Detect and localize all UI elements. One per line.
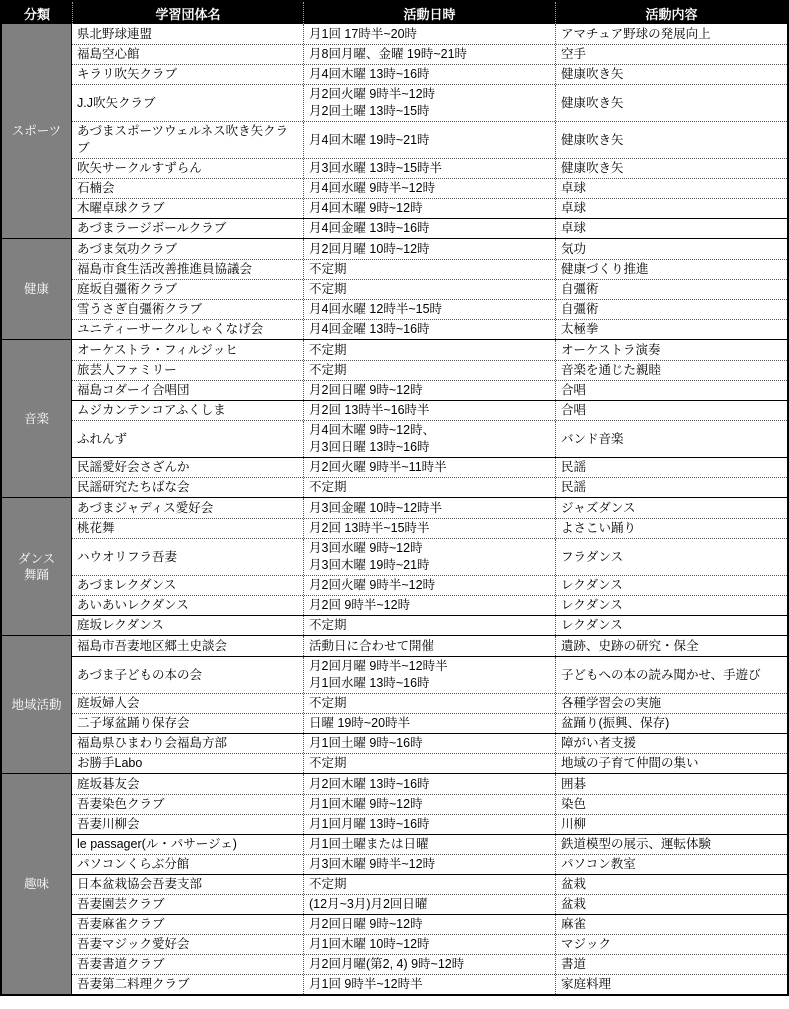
group-name-cell: ユニティーサークルしゃくなげ会	[72, 320, 303, 339]
category-section: 健康あづま気功クラブ月2回月曜 10時~12時気功福島市食生活改善推進員協議会不…	[2, 239, 787, 340]
table-row: 福島市食生活改善推進員協議会不定期健康づくり推進	[72, 259, 787, 279]
table-row: le passager(ル・パサージェ)月1回土曜または日曜鉄道模型の展示、運転…	[72, 834, 787, 854]
group-name-cell: 桃花舞	[72, 519, 303, 538]
group-name-cell: あづまジャディス愛好会	[72, 498, 303, 518]
table-row: ムジカンテンコアふくしま月2回 13時半~16時半合唱	[72, 400, 787, 420]
group-name-cell: お勝手Labo	[72, 754, 303, 773]
activity-cell: 盆栽	[555, 895, 787, 914]
table-row: 福島空心館月8回月曜、金曜 19時~21時空手	[72, 44, 787, 64]
table-row: 吹矢サークルすずらん月3回水曜 13時~15時半健康吹き矢	[72, 158, 787, 178]
section-rows: オーケストラ・フィルジッヒ不定期オーケストラ演奏旅芸人ファミリー不定期音楽を通じ…	[72, 340, 787, 497]
schedule-cell: 月1回土曜 9時~16時	[303, 734, 555, 753]
table-row: ユニティーサークルしゃくなげ会月4回金曜 13時~16時太極拳	[72, 319, 787, 339]
schedule-cell: 月8回月曜、金曜 19時~21時	[303, 45, 555, 64]
activity-cell: 健康づくり推進	[555, 260, 787, 279]
group-name-cell: 吾妻麻雀クラブ	[72, 915, 303, 934]
schedule-cell: 活動日に合わせて開催	[303, 636, 555, 656]
group-name-cell: ふれんず	[72, 421, 303, 457]
group-name-cell: 庭坂レクダンス	[72, 616, 303, 635]
schedule-cell: 月4回木曜 13時~16時	[303, 65, 555, 84]
table-row: 雪うさぎ自彊術クラブ月4回水曜 12時半~15時自彊術	[72, 299, 787, 319]
group-name-cell: 吹矢サークルすずらん	[72, 159, 303, 178]
activity-cell: 自彊術	[555, 280, 787, 299]
activity-cell: 合唱	[555, 381, 787, 400]
table-row: あづま子どもの本の会月2回月曜 9時半~12時半 月1回水曜 13時~16時子ど…	[72, 656, 787, 693]
group-name-cell: 民謡愛好会さざんか	[72, 458, 303, 477]
group-name-cell: あいあいレクダンス	[72, 596, 303, 615]
table-row: 庭坂碁友会月2回木曜 13時~16時囲碁	[72, 774, 787, 794]
group-name-cell: 石楠会	[72, 179, 303, 198]
table-row: あづま気功クラブ月2回月曜 10時~12時気功	[72, 239, 787, 259]
group-name-cell: 吾妻第二料理クラブ	[72, 975, 303, 994]
table-row: 庭坂レクダンス不定期レクダンス	[72, 615, 787, 635]
category-section: 地域活動福島市吾妻地区郷土史談会活動日に合わせて開催遺跡、史跡の研究・保全あづま…	[2, 636, 787, 774]
activity-cell: フラダンス	[555, 539, 787, 575]
activity-cell: レクダンス	[555, 616, 787, 635]
activity-cell: マジック	[555, 935, 787, 954]
table-row: 民謡研究たちばな会不定期民謡	[72, 477, 787, 497]
activity-cell: 地域の子育て仲間の集い	[555, 754, 787, 773]
schedule-cell: 不定期	[303, 361, 555, 380]
group-name-cell: あづま気功クラブ	[72, 239, 303, 259]
schedule-cell: 月1回木曜 9時~12時	[303, 795, 555, 814]
table-row: 二子塚盆踊り保存会日曜 19時~20時半盆踊り(振興、保存)	[72, 713, 787, 733]
table-row: 福島県ひまわり会福島方部月1回土曜 9時~16時障がい者支援	[72, 733, 787, 753]
schedule-cell: 月1回月曜 13時~16時	[303, 815, 555, 834]
activity-cell: よさこい踊り	[555, 519, 787, 538]
schedule-cell: 月4回金曜 13時~16時	[303, 219, 555, 238]
schedule-cell: 月4回木曜 9時~12時、 月3回日曜 13時~16時	[303, 421, 555, 457]
group-name-cell: J.J吹矢クラブ	[72, 85, 303, 121]
schedule-cell: 月2回月曜 9時半~12時半 月1回水曜 13時~16時	[303, 657, 555, 693]
section-rows: 庭坂碁友会月2回木曜 13時~16時囲碁吾妻染色クラブ月1回木曜 9時~12時染…	[72, 774, 787, 994]
activity-cell: パソコン教室	[555, 855, 787, 874]
schedule-cell: 月2回日曜 9時~12時	[303, 915, 555, 934]
category-cell: ダンス 舞踊	[2, 498, 72, 635]
table-row: 吾妻書道クラブ月2回月曜(第2, 4) 9時~12時書道	[72, 954, 787, 974]
group-name-cell: 吾妻マジック愛好会	[72, 935, 303, 954]
activity-cell: 家庭料理	[555, 975, 787, 994]
group-name-cell: 福島空心館	[72, 45, 303, 64]
table-row: あいあいレクダンス月2回 9時半~12時レクダンス	[72, 595, 787, 615]
header-cell-category: 分類	[2, 2, 72, 24]
group-name-cell: キラリ吹矢クラブ	[72, 65, 303, 84]
schedule-cell: 不定期	[303, 616, 555, 635]
activity-cell: 鉄道模型の展示、運転体験	[555, 835, 787, 854]
table-row: 吾妻染色クラブ月1回木曜 9時~12時染色	[72, 794, 787, 814]
activity-cell: 卓球	[555, 179, 787, 198]
activity-cell: 空手	[555, 45, 787, 64]
group-name-cell: 庭坂自彊術クラブ	[72, 280, 303, 299]
group-name-cell: あづまラージボールクラブ	[72, 219, 303, 238]
table-row: あづまレクダンス月2回火曜 9時半~12時レクダンス	[72, 575, 787, 595]
schedule-cell: 月2回 9時半~12時	[303, 596, 555, 615]
activity-cell: 囲碁	[555, 774, 787, 794]
table-row: あづまスポーツウェルネス吹き矢クラブ月4回木曜 19時~21時健康吹き矢	[72, 121, 787, 158]
activity-cell: 遺跡、史跡の研究・保全	[555, 636, 787, 656]
group-name-cell: 庭坂婦人会	[72, 694, 303, 713]
group-name-cell: le passager(ル・パサージェ)	[72, 835, 303, 854]
table-row: 県北野球連盟月1回 17時半~20時アマチュア野球の発展向上	[72, 24, 787, 44]
group-name-cell: 庭坂碁友会	[72, 774, 303, 794]
group-name-cell: 吾妻書道クラブ	[72, 955, 303, 974]
table-row: 吾妻川柳会月1回月曜 13時~16時川柳	[72, 814, 787, 834]
group-name-cell: ムジカンテンコアふくしま	[72, 401, 303, 420]
activity-cell: 気功	[555, 239, 787, 259]
header-cell-schedule: 活動日時	[303, 2, 555, 24]
activity-cell: 卓球	[555, 219, 787, 238]
activity-cell: アマチュア野球の発展向上	[555, 24, 787, 44]
activity-cell: 卓球	[555, 199, 787, 218]
activity-groups-table: 分類 学習団体名 活動日時 活動内容 スポーツ県北野球連盟月1回 17時半~20…	[0, 0, 789, 996]
header-cell-activity: 活動内容	[555, 2, 787, 24]
schedule-cell: 月4回金曜 13時~16時	[303, 320, 555, 339]
table-row: 吾妻麻雀クラブ月2回日曜 9時~12時麻雀	[72, 914, 787, 934]
schedule-cell: 月2回日曜 9時~12時	[303, 381, 555, 400]
activity-cell: オーケストラ演奏	[555, 340, 787, 360]
category-section: スポーツ県北野球連盟月1回 17時半~20時アマチュア野球の発展向上福島空心館月…	[2, 24, 787, 239]
table-row: 民謡愛好会さざんか月2回火曜 9時半~11時半民謡	[72, 457, 787, 477]
category-section: 音楽オーケストラ・フィルジッヒ不定期オーケストラ演奏旅芸人ファミリー不定期音楽を…	[2, 340, 787, 498]
schedule-cell: 月1回 9時半~12時半	[303, 975, 555, 994]
group-name-cell: 旅芸人ファミリー	[72, 361, 303, 380]
schedule-cell: 月2回月曜 10時~12時	[303, 239, 555, 259]
table-row: あづまジャディス愛好会月3回金曜 10時~12時半ジャズダンス	[72, 498, 787, 518]
schedule-cell: 不定期	[303, 754, 555, 773]
schedule-cell: 月2回 13時半~16時半	[303, 401, 555, 420]
table-row: 桃花舞月2回 13時半~15時半よさこい踊り	[72, 518, 787, 538]
activity-cell: 盆踊り(振興、保存)	[555, 714, 787, 733]
group-name-cell: 吾妻川柳会	[72, 815, 303, 834]
activity-cell: 自彊術	[555, 300, 787, 319]
activity-cell: 各種学習会の実施	[555, 694, 787, 713]
activity-cell: 障がい者支援	[555, 734, 787, 753]
table-row: オーケストラ・フィルジッヒ不定期オーケストラ演奏	[72, 340, 787, 360]
schedule-cell: 月3回木曜 9時半~12時	[303, 855, 555, 874]
group-name-cell: パソコンくらぶ分館	[72, 855, 303, 874]
table-row: パソコンくらぶ分館月3回木曜 9時半~12時パソコン教室	[72, 854, 787, 874]
category-cell: 音楽	[2, 340, 72, 497]
schedule-cell: 不定期	[303, 260, 555, 279]
schedule-cell: 不定期	[303, 478, 555, 497]
activity-cell: 盆栽	[555, 875, 787, 894]
category-cell: 趣味	[2, 774, 72, 994]
category-cell: スポーツ	[2, 24, 72, 238]
activity-cell: 健康吹き矢	[555, 85, 787, 121]
schedule-cell: (12月~3月)月2回日曜	[303, 895, 555, 914]
section-rows: 福島市吾妻地区郷土史談会活動日に合わせて開催遺跡、史跡の研究・保全あづま子どもの…	[72, 636, 787, 773]
group-name-cell: あづま子どもの本の会	[72, 657, 303, 693]
activity-cell: 健康吹き矢	[555, 122, 787, 158]
activity-cell: 民謡	[555, 478, 787, 497]
category-cell: 地域活動	[2, 636, 72, 773]
table-body: スポーツ県北野球連盟月1回 17時半~20時アマチュア野球の発展向上福島空心館月…	[2, 24, 787, 994]
group-name-cell: 吾妻園芸クラブ	[72, 895, 303, 914]
group-name-cell: 福島市食生活改善推進員協議会	[72, 260, 303, 279]
schedule-cell: 月2回木曜 13時~16時	[303, 774, 555, 794]
activity-cell: 民謡	[555, 458, 787, 477]
activity-cell: 健康吹き矢	[555, 159, 787, 178]
schedule-cell: 月1回 17時半~20時	[303, 24, 555, 44]
activity-cell: バンド音楽	[555, 421, 787, 457]
schedule-cell: 月4回水曜 9時半~12時	[303, 179, 555, 198]
schedule-cell: 不定期	[303, 875, 555, 894]
schedule-cell: 月2回月曜(第2, 4) 9時~12時	[303, 955, 555, 974]
activity-cell: ジャズダンス	[555, 498, 787, 518]
activity-cell: レクダンス	[555, 596, 787, 615]
table-row: 福島市吾妻地区郷土史談会活動日に合わせて開催遺跡、史跡の研究・保全	[72, 636, 787, 656]
group-name-cell: 日本盆栽協会吾妻支部	[72, 875, 303, 894]
schedule-cell: 月2回火曜 9時半~12時	[303, 576, 555, 595]
schedule-cell: 月2回 13時半~15時半	[303, 519, 555, 538]
section-rows: あづま気功クラブ月2回月曜 10時~12時気功福島市食生活改善推進員協議会不定期…	[72, 239, 787, 339]
table-row: ハウオリフラ吾妻月3回水曜 9時~12時 月3回木曜 19時~21時フラダンス	[72, 538, 787, 575]
group-name-cell: 木曜卓球クラブ	[72, 199, 303, 218]
schedule-cell: 月4回木曜 19時~21時	[303, 122, 555, 158]
activity-cell: 染色	[555, 795, 787, 814]
table-row: J.J吹矢クラブ月2回火曜 9時半~12時 月2回土曜 13時~15時健康吹き矢	[72, 84, 787, 121]
group-name-cell: 福島県ひまわり会福島方部	[72, 734, 303, 753]
section-rows: あづまジャディス愛好会月3回金曜 10時~12時半ジャズダンス桃花舞月2回 13…	[72, 498, 787, 635]
activity-cell: 川柳	[555, 815, 787, 834]
table-row: 日本盆栽協会吾妻支部不定期盆栽	[72, 874, 787, 894]
table-row: 吾妻マジック愛好会月1回木曜 10時~12時マジック	[72, 934, 787, 954]
schedule-cell: 月4回木曜 9時~12時	[303, 199, 555, 218]
group-name-cell: 県北野球連盟	[72, 24, 303, 44]
activity-cell: 健康吹き矢	[555, 65, 787, 84]
table-row: ふれんず月4回木曜 9時~12時、 月3回日曜 13時~16時バンド音楽	[72, 420, 787, 457]
table-row: 吾妻第二料理クラブ月1回 9時半~12時半家庭料理	[72, 974, 787, 994]
schedule-cell: 月2回火曜 9時半~12時 月2回土曜 13時~15時	[303, 85, 555, 121]
schedule-cell: 日曜 19時~20時半	[303, 714, 555, 733]
activity-cell: 太極拳	[555, 320, 787, 339]
activity-cell: 麻雀	[555, 915, 787, 934]
table-row: 福島コダーイ合唱団月2回日曜 9時~12時合唱	[72, 380, 787, 400]
schedule-cell: 不定期	[303, 340, 555, 360]
schedule-cell: 月1回木曜 10時~12時	[303, 935, 555, 954]
table-header-row: 分類 学習団体名 活動日時 活動内容	[2, 2, 787, 24]
category-section: 趣味庭坂碁友会月2回木曜 13時~16時囲碁吾妻染色クラブ月1回木曜 9時~12…	[2, 774, 787, 994]
group-name-cell: 福島コダーイ合唱団	[72, 381, 303, 400]
schedule-cell: 月3回水曜 9時~12時 月3回木曜 19時~21時	[303, 539, 555, 575]
table-row: 旅芸人ファミリー不定期音楽を通じた親睦	[72, 360, 787, 380]
table-row: あづまラージボールクラブ月4回金曜 13時~16時卓球	[72, 218, 787, 238]
table-row: 吾妻園芸クラブ(12月~3月)月2回日曜盆栽	[72, 894, 787, 914]
activity-cell: 音楽を通じた親睦	[555, 361, 787, 380]
schedule-cell: 月4回水曜 12時半~15時	[303, 300, 555, 319]
group-name-cell: 民謡研究たちばな会	[72, 478, 303, 497]
schedule-cell: 月3回水曜 13時~15時半	[303, 159, 555, 178]
activity-cell: 書道	[555, 955, 787, 974]
table-row: 石楠会月4回水曜 9時半~12時卓球	[72, 178, 787, 198]
category-section: ダンス 舞踊あづまジャディス愛好会月3回金曜 10時~12時半ジャズダンス桃花舞…	[2, 498, 787, 636]
schedule-cell: 月1回土曜または日曜	[303, 835, 555, 854]
table-row: 庭坂婦人会不定期各種学習会の実施	[72, 693, 787, 713]
activity-cell: 子どもへの本の読み聞かせ、手遊び	[555, 657, 787, 693]
activity-cell: レクダンス	[555, 576, 787, 595]
group-name-cell: 二子塚盆踊り保存会	[72, 714, 303, 733]
table-row: 庭坂自彊術クラブ不定期自彊術	[72, 279, 787, 299]
group-name-cell: 雪うさぎ自彊術クラブ	[72, 300, 303, 319]
group-name-cell: ハウオリフラ吾妻	[72, 539, 303, 575]
group-name-cell: あづまレクダンス	[72, 576, 303, 595]
header-cell-group-name: 学習団体名	[72, 2, 303, 24]
group-name-cell: あづまスポーツウェルネス吹き矢クラブ	[72, 122, 303, 158]
group-name-cell: 福島市吾妻地区郷土史談会	[72, 636, 303, 656]
table-row: キラリ吹矢クラブ月4回木曜 13時~16時健康吹き矢	[72, 64, 787, 84]
schedule-cell: 不定期	[303, 280, 555, 299]
schedule-cell: 不定期	[303, 694, 555, 713]
category-cell: 健康	[2, 239, 72, 339]
table-row: 木曜卓球クラブ月4回木曜 9時~12時卓球	[72, 198, 787, 218]
table-row: お勝手Labo不定期地域の子育て仲間の集い	[72, 753, 787, 773]
activity-cell: 合唱	[555, 401, 787, 420]
section-rows: 県北野球連盟月1回 17時半~20時アマチュア野球の発展向上福島空心館月8回月曜…	[72, 24, 787, 238]
group-name-cell: 吾妻染色クラブ	[72, 795, 303, 814]
schedule-cell: 月2回火曜 9時半~11時半	[303, 458, 555, 477]
group-name-cell: オーケストラ・フィルジッヒ	[72, 340, 303, 360]
schedule-cell: 月3回金曜 10時~12時半	[303, 498, 555, 518]
